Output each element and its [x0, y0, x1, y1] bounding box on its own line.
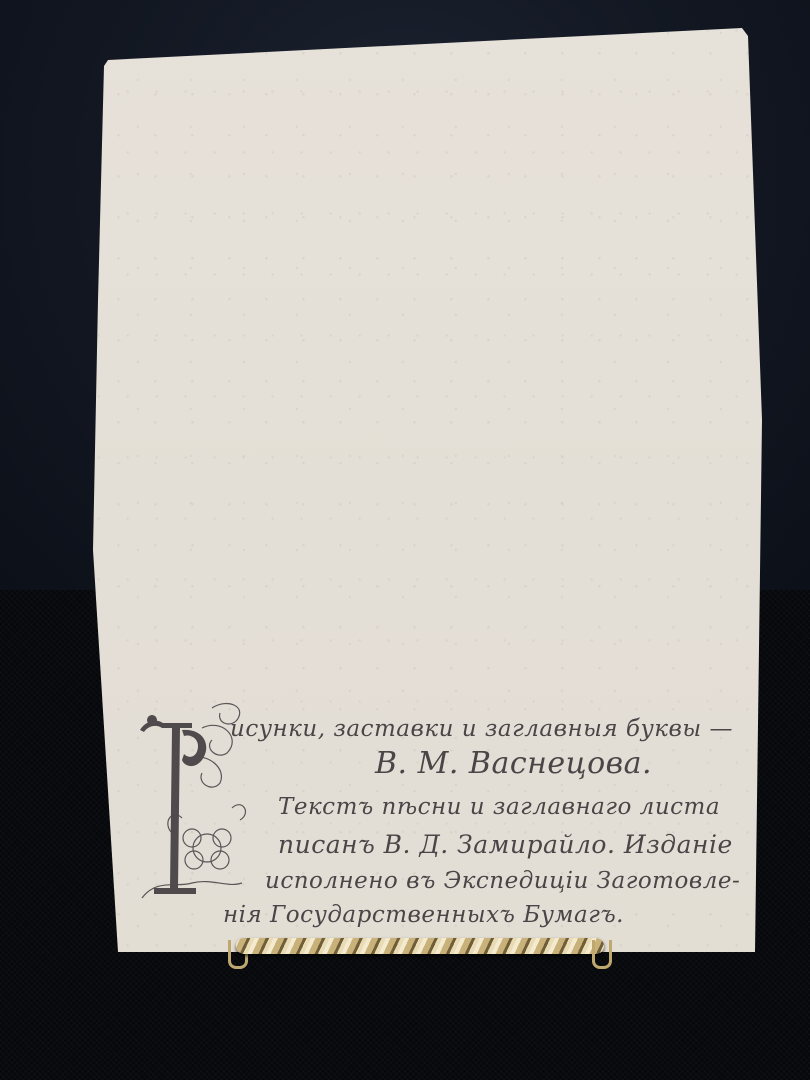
colophon-line-5: исполнено въ Экспедиціи Заготовле-: [265, 868, 740, 894]
colophon-line-3: Текстъ пѣсни и заглавнаго листа: [278, 794, 720, 820]
colophon-line-6: нія Государственныхъ Бумагъ.: [223, 902, 624, 928]
colophon: исунки, заставки и заглавныя буквы — В. …: [120, 690, 760, 930]
decorated-initial: [132, 698, 242, 898]
stand-twisted-bar: [236, 938, 604, 954]
stand-hook-right: [592, 940, 612, 969]
colophon-line-1: исунки, заставки и заглавныя буквы —: [230, 716, 733, 742]
colophon-line-2-artist-name: В. М. Васнецова.: [375, 746, 652, 781]
easel-stand: [228, 934, 612, 970]
colophon-line-4: писанъ В. Д. Замирайло. Изданіе: [278, 830, 733, 859]
